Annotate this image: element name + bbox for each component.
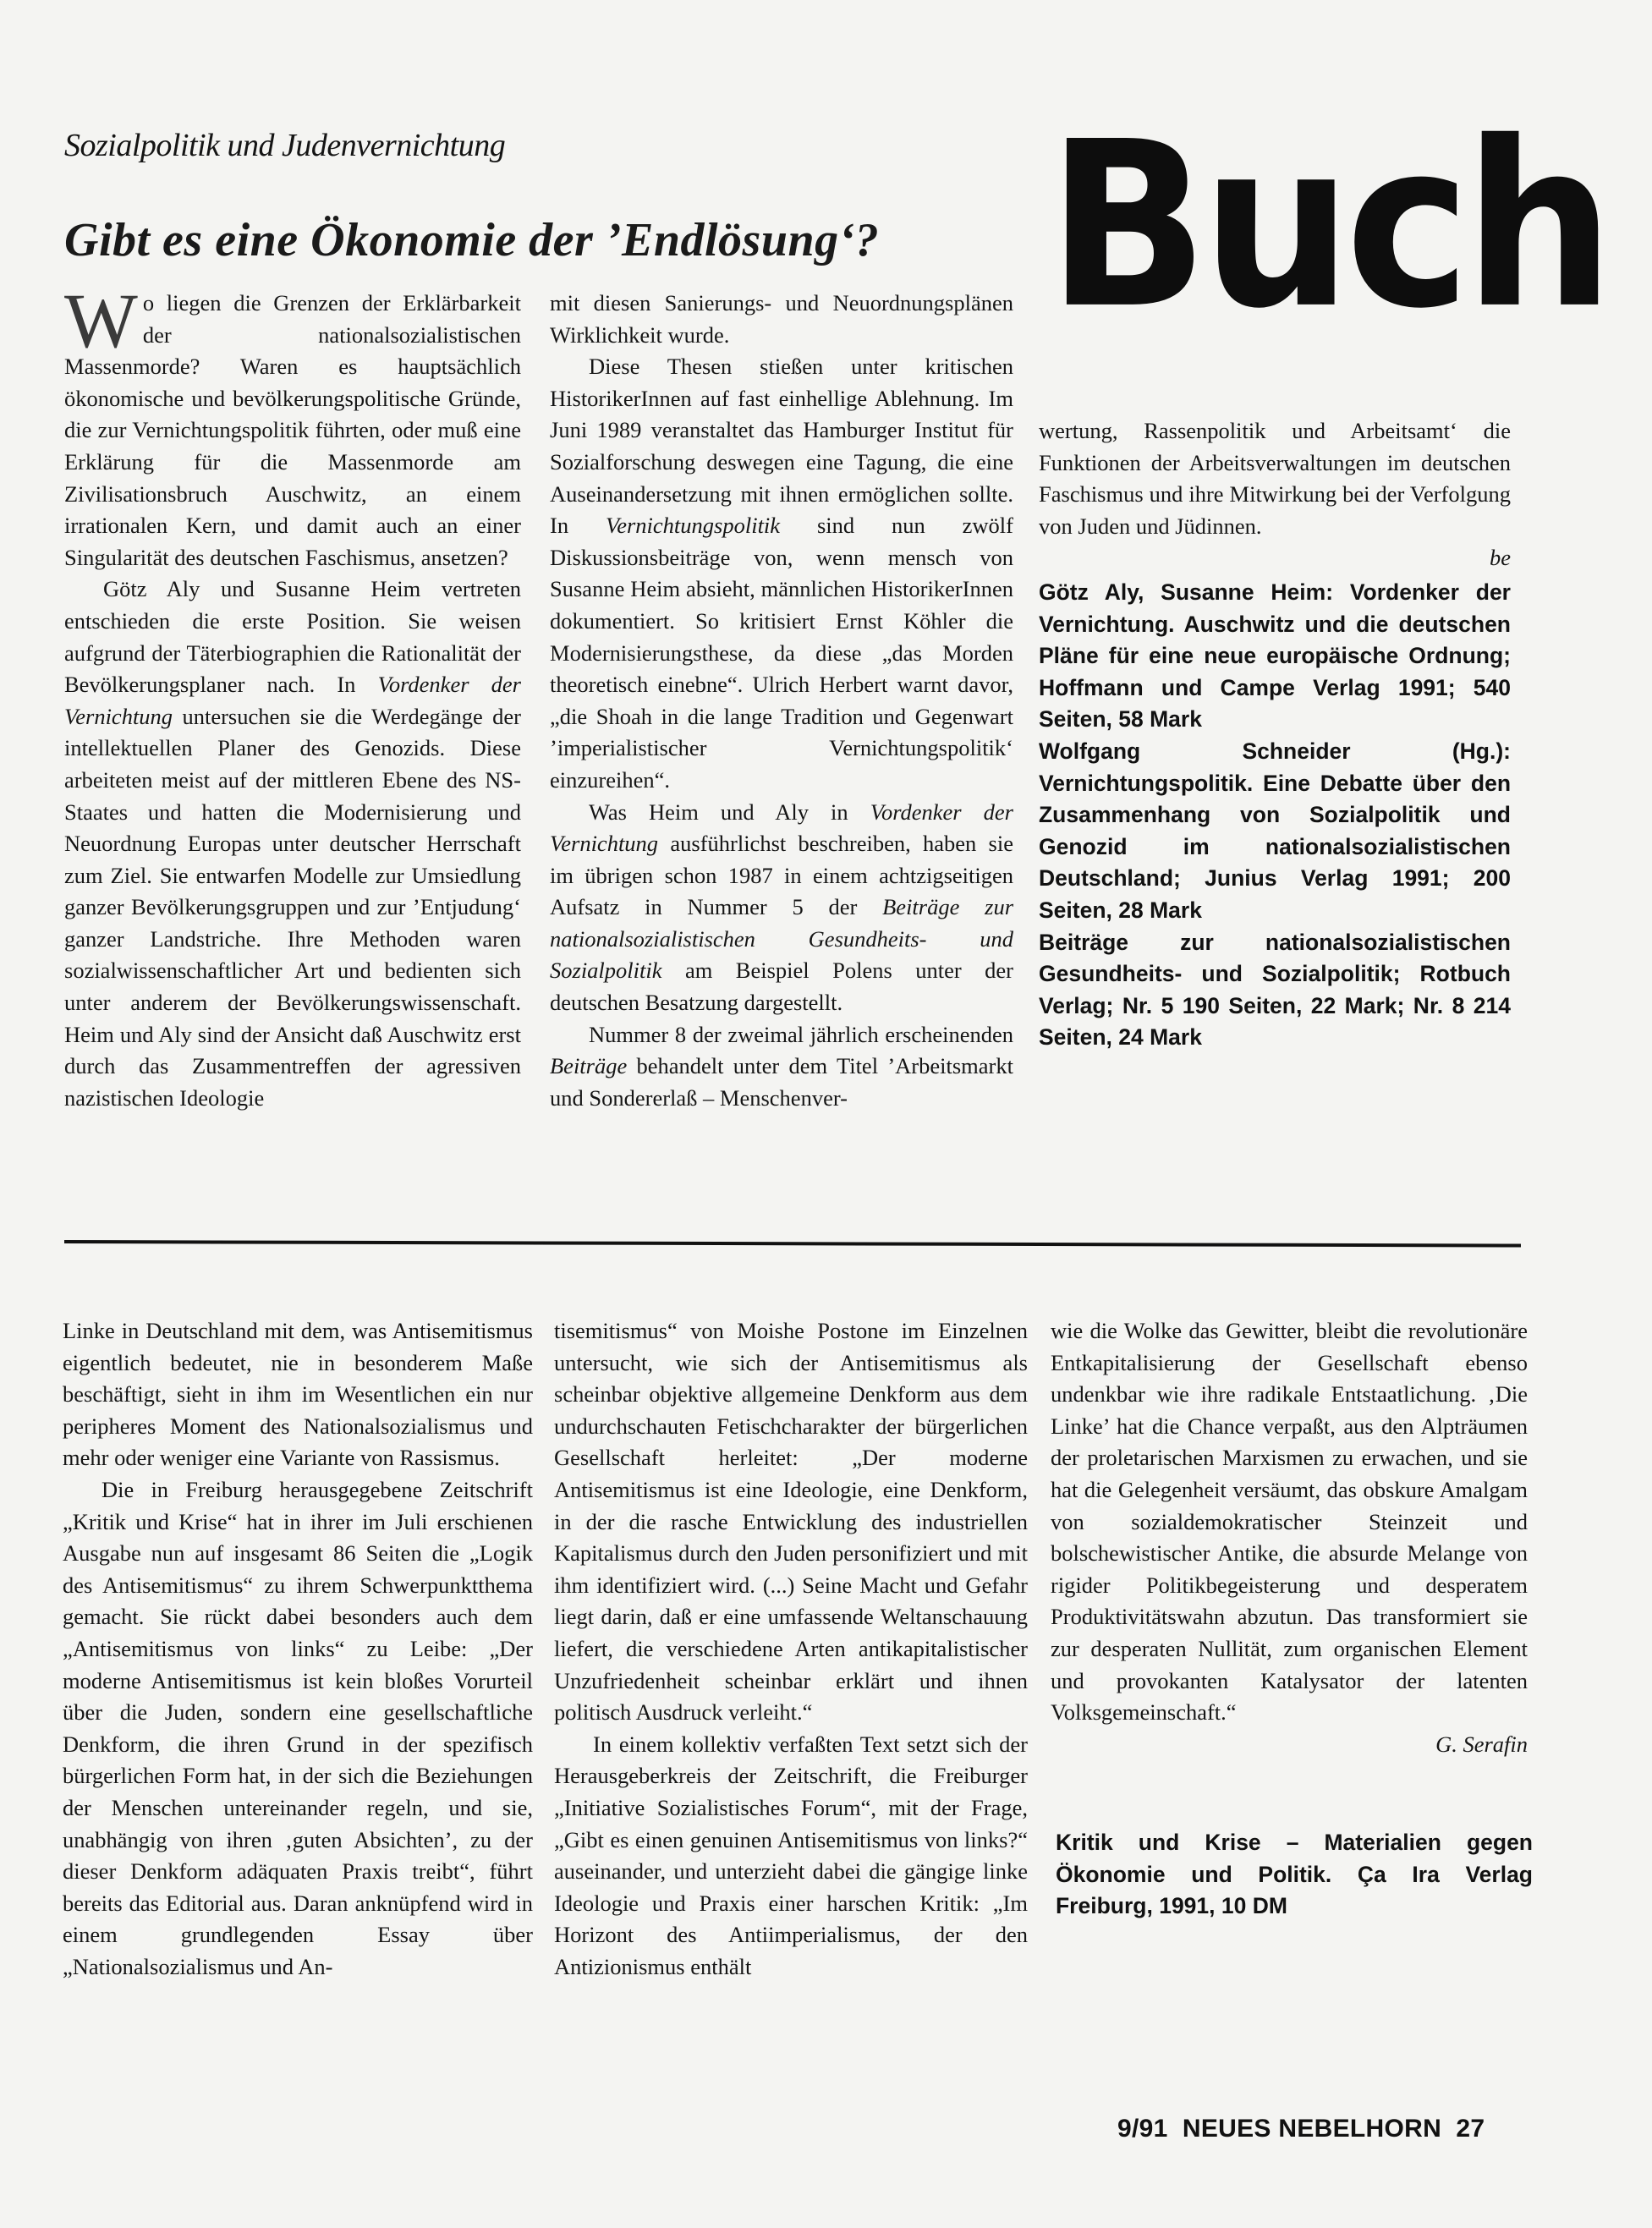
paragraph: Die in Freiburg herausgegebene Zeitschri… (63, 1474, 533, 1984)
paragraph: Götz Aly und Susanne Heim vertreten ents… (64, 573, 521, 1114)
article-headline: Gibt es eine Ökonomie der ’Endlösung‘? (64, 213, 879, 267)
issue-number: 9/91 (1117, 2115, 1168, 2143)
section-divider (64, 1240, 1521, 1248)
bibliography-entry: Götz Aly, Susanne Heim: Vordenker der Ve… (1039, 577, 1511, 736)
article1-bibliography: Götz Aly, Susanne Heim: Vordenker der Ve… (1039, 577, 1511, 1054)
paragraph: wie die Wolke das Gewitter, bleibt die r… (1051, 1315, 1528, 1729)
section-label-buch: Buch (1047, 112, 1608, 340)
article-kicker: Sozialpolitik und Judenvernichtung (64, 127, 505, 164)
drop-cap: W (64, 291, 138, 350)
page-footer: 9/91 NEUES NEBELHORN 27 (1117, 2115, 1485, 2143)
magazine-name: NEUES NEBELHORN (1183, 2115, 1441, 2143)
book-title: Vernichtungspolitik (606, 513, 780, 538)
paragraph: tisemitismus“ von Moishe Postone im Einz… (554, 1315, 1028, 1729)
article2-column-1: Linke in Deutschland mit dem, was Antise… (63, 1315, 533, 1983)
paragraph: Diese Thesen stießen unter kritischen Hi… (550, 351, 1013, 796)
paragraph: In einem kollektiv verfaßten Text setzt … (554, 1729, 1028, 1984)
article1-column-2: mit diesen Sanierungs- und Neuordnungspl… (550, 288, 1013, 1114)
paragraph: mit diesen Sanierungs- und Neuordnungspl… (550, 288, 1013, 351)
journal-title: Beiträge (550, 1053, 627, 1078)
bibliography-entry: Kritik und Krise – Materialien gegen Öko… (1056, 1827, 1533, 1923)
article1-column-3: wertung, Rassenpolitik und Arbeitsamt‘ d… (1039, 415, 1511, 574)
article2-bibliography: Kritik und Krise – Materialien gegen Öko… (1056, 1827, 1533, 1923)
paragraph: Linke in Deutschland mit dem, was Antise… (63, 1315, 533, 1474)
page-number: 27 (1456, 2115, 1485, 2143)
paragraph: wertung, Rassenpolitik und Arbeitsamt‘ d… (1039, 415, 1511, 542)
article2-column-2: tisemitismus“ von Moishe Postone im Einz… (554, 1315, 1028, 1983)
bibliography-entry: Wolfgang Schneider (Hg.): Vernichtungspo… (1039, 736, 1511, 927)
paragraph: Was Heim und Aly in Vordenker der Vernic… (550, 797, 1013, 1019)
author-signature: G. Serafin (1051, 1729, 1528, 1761)
paragraph: Nummer 8 der zweimal jährlich erscheinen… (550, 1019, 1013, 1115)
article2-column-3: wie die Wolke das Gewitter, bleibt die r… (1051, 1315, 1528, 1760)
article1-column-1: Wo liegen die Grenzen der Erklärbarkeit … (64, 288, 521, 1114)
author-signature: be (1039, 542, 1511, 574)
bibliography-entry: Beiträge zur nationalsozialistischen Ges… (1039, 927, 1511, 1054)
